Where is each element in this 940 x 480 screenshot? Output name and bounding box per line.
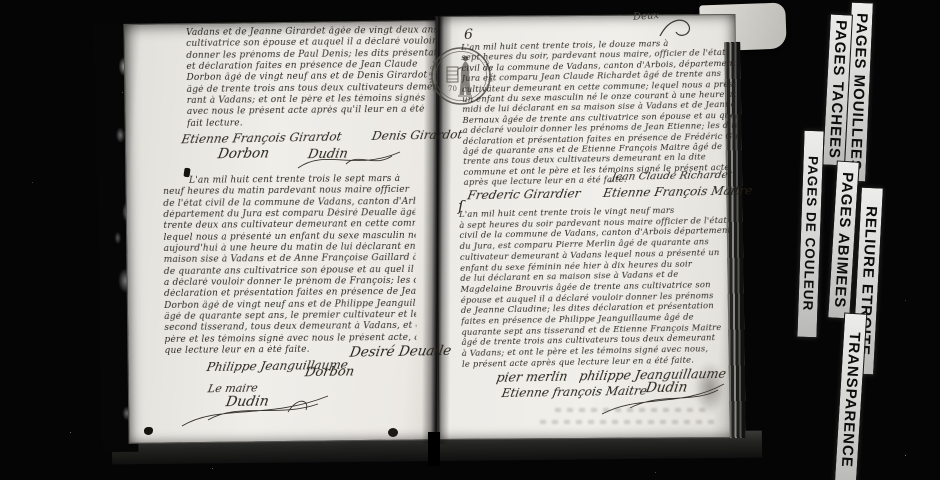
right-act1-text: L'an mil huit cent trente trois, le douz… <box>461 37 738 188</box>
label-pages-de-couleur: PAGES DE COULEUR <box>796 130 824 339</box>
dust-specks <box>0 0 1 1</box>
left-act1-text: Vadans et de Jeanne Girardet âgée de vin… <box>186 25 439 130</box>
left-act2-text: L'an mil huit cent trente trois le sept … <box>163 174 417 358</box>
stain-blob-center <box>388 428 398 437</box>
signature-dorbon-1: Dorbon <box>217 146 271 163</box>
ink-flourish-act1 <box>296 144 408 174</box>
gutter-foot-shadow <box>428 432 440 466</box>
page-smudge <box>688 352 732 424</box>
label-transparence: TRANSPARENCE <box>834 312 868 480</box>
signature-father-deualle: Desiré Deualle <box>348 343 452 361</box>
microfilm-scan-frame: TIMBRE ROYAL 70 6 Deux Vadans et de Jean… <box>0 0 940 480</box>
signature-richardet: Jean Claude Richardet <box>611 169 733 183</box>
stamp-value: 70 <box>448 85 457 93</box>
ink-flourish-act2 <box>178 390 348 430</box>
signature-dorbon-2: Dorbon <box>304 365 356 381</box>
header-word: Deux <box>633 10 660 23</box>
page-number: 6 <box>464 27 473 43</box>
right-act2-text: L'an mil huit cent trente trois le vingt… <box>459 204 736 370</box>
bleedthrough-line <box>555 408 705 412</box>
